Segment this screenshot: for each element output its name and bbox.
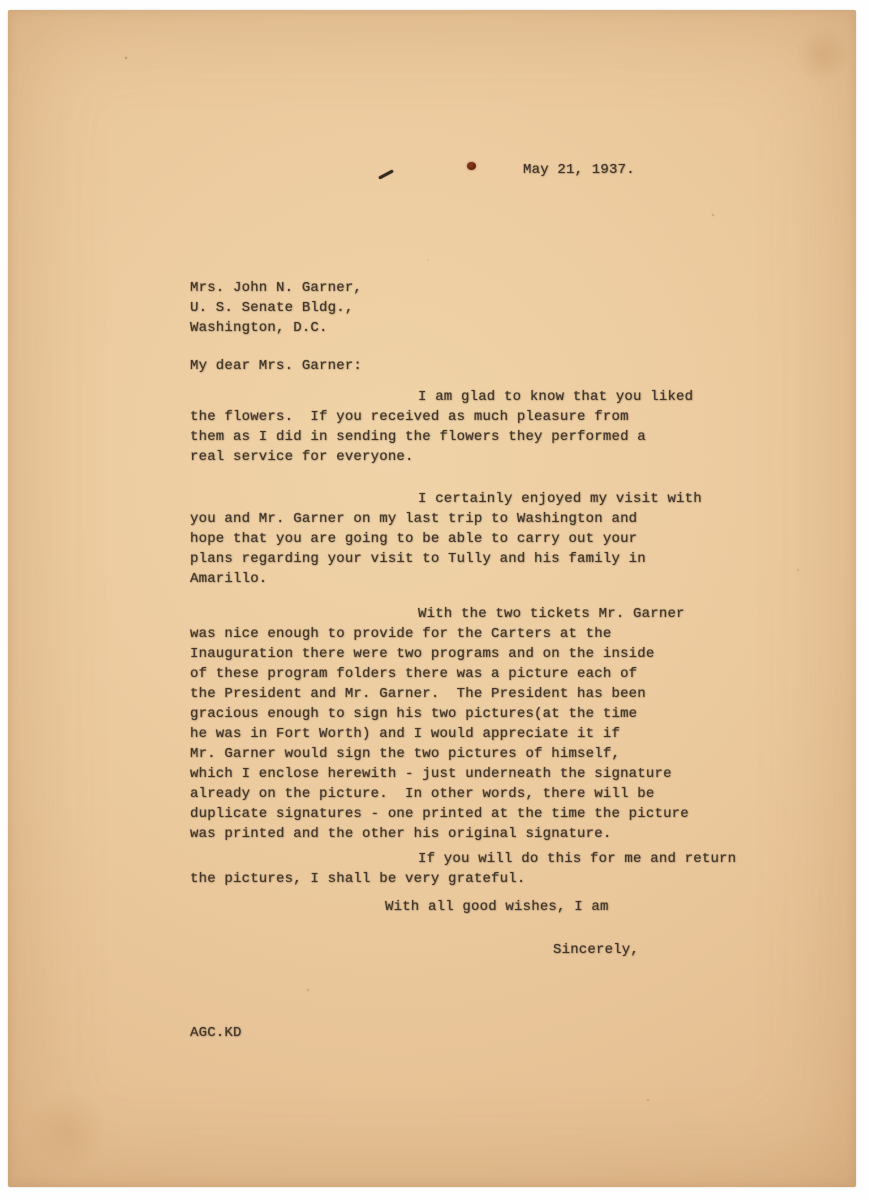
salutation: My dear Mrs. Garner: [190,356,362,376]
paragraph-flowers: I am glad to know that you liked the flo… [190,387,720,467]
letter-page: May 21, 1937. Mrs. John N. Garner, U. S.… [8,10,856,1187]
reference-initials: AGC.KD [190,1023,242,1043]
letter-date: May 21, 1937. [523,160,635,180]
paragraph-request: If you will do this for me and return th… [190,849,720,889]
closing-line: With all good wishes, I am [385,897,609,917]
pen-mark [378,169,394,179]
paragraph-visit: I certainly enjoyed my visit with you an… [190,489,720,589]
paragraph-pictures: With the two tickets Mr. Garner was nice… [190,604,720,844]
scanned-letter: May 21, 1937. Mrs. John N. Garner, U. S.… [0,0,869,1200]
signoff: Sincerely, [553,940,639,960]
ink-blot-icon [467,162,476,170]
recipient-address: Mrs. John N. Garner, U. S. Senate Bldg.,… [190,278,362,338]
